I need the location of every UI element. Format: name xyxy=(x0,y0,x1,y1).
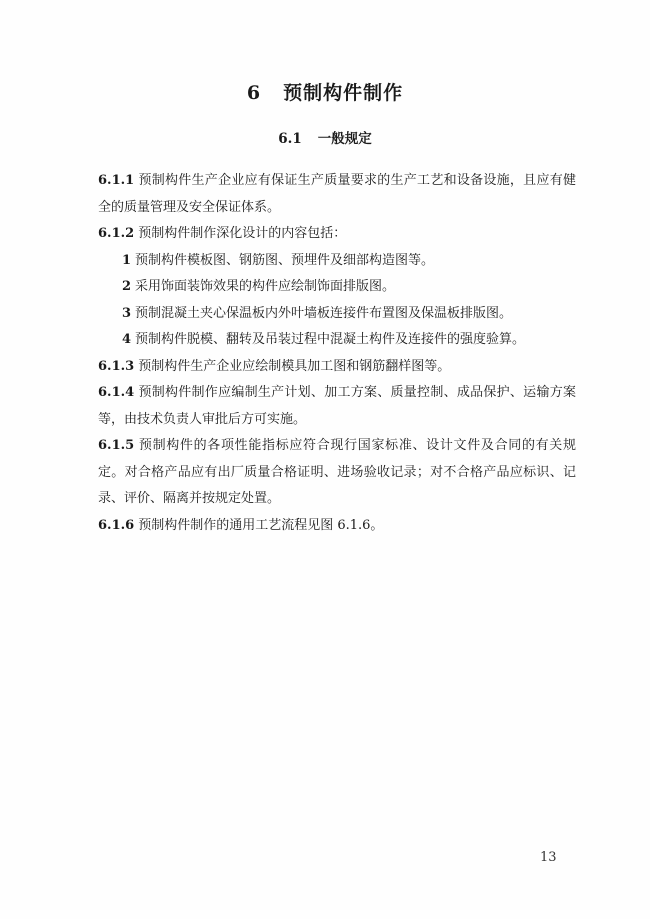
clause-6-1-4: 6.1.4预制构件制作应编制生产计划、加工方案、质量控制、成品保护、运输方案等，… xyxy=(98,380,576,433)
clause-number: 6.1.5 xyxy=(98,438,134,453)
section-title: 6.1一般规定 xyxy=(0,127,650,147)
clause-6-1-3: 6.1.3预制构件生产企业应绘制模具加工图和钢筋翻样图等。 xyxy=(98,354,576,381)
clause-number: 6.1.4 xyxy=(98,385,134,400)
clause-number: 6.1.3 xyxy=(98,359,134,374)
item-text: 采用饰面装饰效果的构件应绘制饰面排版图。 xyxy=(135,279,395,294)
clause-text: 预制构件的各项性能指标应符合现行国家标准、设计文件及合同的有关规定。对合格产品应… xyxy=(98,438,576,506)
item-number: 3 xyxy=(122,306,131,321)
item-number: 2 xyxy=(122,279,131,294)
list-item: 1预制构件模板图、钢筋图、预埋件及细部构造图等。 xyxy=(98,248,576,275)
chapter-number: 6 xyxy=(247,82,261,104)
clause-text: 预制构件生产企业应绘制模具加工图和钢筋翻样图等。 xyxy=(138,359,450,374)
clause-text: 预制构件生产企业应有保证生产质量要求的生产工艺和设备设施，且应有健全的质量管理及… xyxy=(98,173,576,215)
list-item: 2采用饰面装饰效果的构件应绘制饰面排版图。 xyxy=(98,274,576,301)
item-number: 1 xyxy=(122,253,131,268)
clause-text: 预制构件制作深化设计的内容包括： xyxy=(138,226,346,241)
list-item: 3预制混凝土夹心保温板内外叶墙板连接件布置图及保温板排版图。 xyxy=(98,301,576,328)
chapter-title-text: 预制构件制作 xyxy=(283,82,403,104)
page-number: 13 xyxy=(540,850,557,865)
clause-number: 6.1.1 xyxy=(98,173,134,188)
section-title-text: 一般规定 xyxy=(318,131,372,147)
section-body: 6.1.1预制构件生产企业应有保证生产质量要求的生产工艺和设备设施，且应有健全的… xyxy=(98,168,576,539)
clause-number: 6.1.2 xyxy=(98,226,134,241)
clause-6-1-5: 6.1.5预制构件的各项性能指标应符合现行国家标准、设计文件及合同的有关规定。对… xyxy=(98,433,576,513)
clause-number: 6.1.6 xyxy=(98,518,134,533)
clause-text: 预制构件制作应编制生产计划、加工方案、质量控制、成品保护、运输方案等，由技术负责… xyxy=(98,385,576,427)
clause-text: 预制构件制作的通用工艺流程见图 6.1.6。 xyxy=(138,518,383,533)
clause-6-1-1: 6.1.1预制构件生产企业应有保证生产质量要求的生产工艺和设备设施，且应有健全的… xyxy=(98,168,576,221)
item-number: 4 xyxy=(122,332,131,347)
item-text: 预制混凝土夹心保温板内外叶墙板连接件布置图及保温板排版图。 xyxy=(135,306,512,321)
section-number: 6.1 xyxy=(278,131,302,147)
clause-6-1-2: 6.1.2预制构件制作深化设计的内容包括： xyxy=(98,221,576,248)
chapter-title: 6预制构件制作 xyxy=(0,78,650,105)
clause-6-1-6: 6.1.6预制构件制作的通用工艺流程见图 6.1.6。 xyxy=(98,513,576,540)
list-item: 4预制构件脱模、翻转及吊装过程中混凝土构件及连接件的强度验算。 xyxy=(98,327,576,354)
item-text: 预制构件脱模、翻转及吊装过程中混凝土构件及连接件的强度验算。 xyxy=(135,332,525,347)
document-page: 6预制构件制作 6.1一般规定 6.1.1预制构件生产企业应有保证生产质量要求的… xyxy=(0,0,650,919)
item-text: 预制构件模板图、钢筋图、预埋件及细部构造图等。 xyxy=(135,253,434,268)
